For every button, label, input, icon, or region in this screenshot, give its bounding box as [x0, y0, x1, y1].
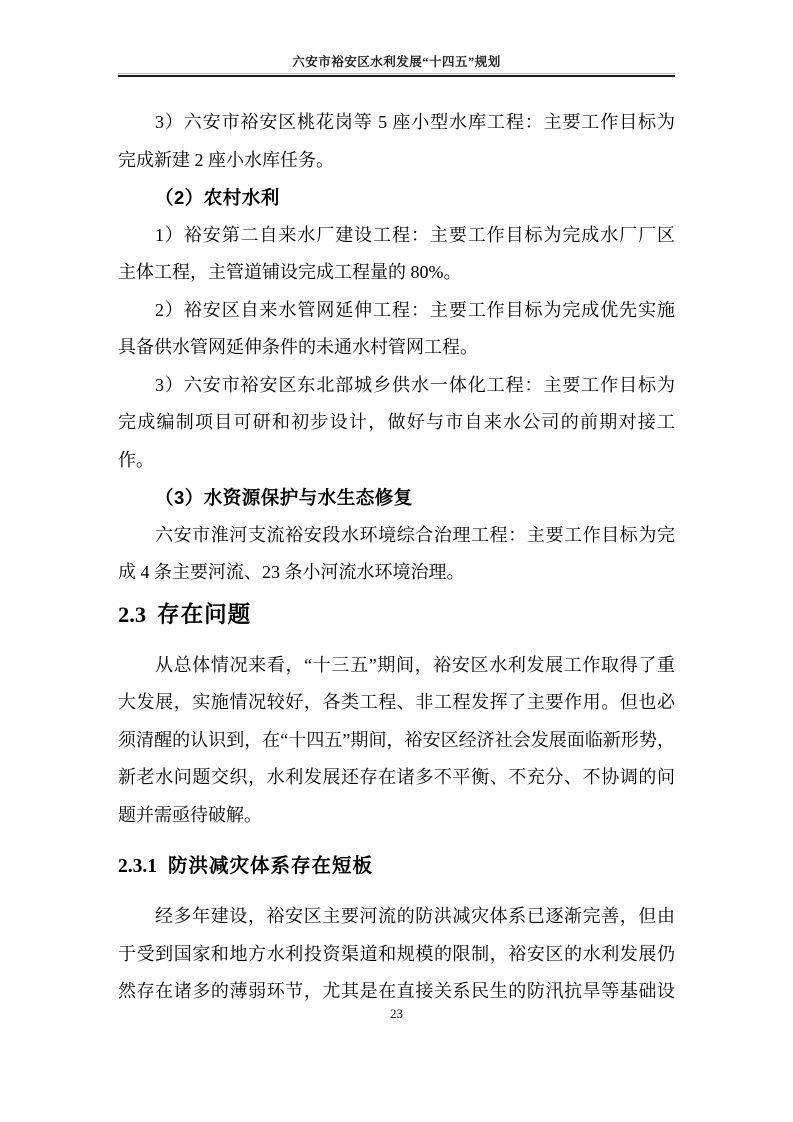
paragraph-small-reservoir-project: 3）六安市裕安区桃花岗等 5 座小型水库工程：主要工作目标为完成新建 2 座小水…	[118, 104, 675, 179]
text-line: 从总体情况来看，“十三五”期间，裕安区水利发展工作取得了重	[118, 647, 675, 685]
paragraph-pipe-network-extension: 2）裕安区自来水管网延伸工程：主要工作目标为完成优先实施具备供水管网延伸条件的未…	[118, 292, 675, 367]
text-line: 2）裕安区自来水管网延伸工程：主要工作目标为完成优先实施	[118, 292, 675, 330]
text-line: 主体工程，主管道铺设完成工程量的 80%。	[118, 254, 675, 292]
paragraph-urban-rural-water-integration: 3）六安市裕安区东北部城乡供水一体化工程：主要工作目标为完成编制项目可研和初步设…	[118, 367, 675, 480]
subheading-rural-water: （2）农村水利	[118, 179, 675, 217]
page-footer: 23	[0, 1004, 793, 1024]
text-line: 大发展，实施情况较好，各类工程、非工程发挥了主要作用。但也必	[118, 684, 675, 722]
page-header: 六安市裕安区水利发展“十四五”规划	[118, 0, 675, 77]
text-line: 3）六安市裕安区东北部城乡供水一体化工程：主要工作目标为	[118, 367, 675, 405]
heading-number: 2.3.1	[118, 856, 157, 877]
paragraph-overall-situation: 从总体情况来看，“十三五”期间，裕安区水利发展工作取得了重大发展，实施情况较好，…	[118, 647, 675, 835]
text-line: 新老水问题交织，水利发展还存在诸多不平衡、不充分、不协调的问	[118, 759, 675, 797]
subsection-heading-flood-control-shortcomings: 2.3.1防洪减灾体系存在短板	[118, 846, 675, 886]
heading-text: 防洪减灾体系存在短板	[168, 855, 373, 877]
header-rule	[118, 73, 675, 77]
text-line: 1）裕安第二自来水厂建设工程：主要工作目标为完成水厂厂区	[118, 217, 675, 255]
text-line: 3）六安市裕安区桃花岗等 5 座小型水库工程：主要工作目标为	[118, 104, 675, 142]
paragraph-second-waterworks: 1）裕安第二自来水厂建设工程：主要工作目标为完成水厂厂区主体工程，主管道铺设完成…	[118, 217, 675, 292]
heading-number: 2.3	[118, 602, 146, 627]
header-title: 六安市裕安区水利发展“十四五”规划	[118, 0, 675, 70]
document-body: 3）六安市裕安区桃花岗等 5 座小型水库工程：主要工作目标为完成新建 2 座小水…	[118, 104, 675, 1011]
paragraph-flood-control-status: 经多年建设，裕安区主要河流的防洪减灾体系已逐渐完善，但由于受到国家和地方水利投资…	[118, 898, 675, 1011]
text-line: 须清醒的认识到，在“十四五”期间，裕安区经济社会发展面临新形势，	[118, 722, 675, 760]
text-line: 六安市淮河支流裕安段水环境综合治理工程：主要工作目标为完	[118, 517, 675, 555]
heading-text: 存在问题	[157, 602, 251, 627]
text-line: 经多年建设，裕安区主要河流的防洪减灾体系已逐渐完善，但由	[118, 898, 675, 936]
text-line: 题并需亟待破解。	[118, 797, 675, 835]
text-line: 完成新建 2 座小水库任务。	[118, 142, 675, 180]
text-line: 成 4 条主要河流、23 条小河流水环境治理。	[118, 554, 675, 592]
subheading-water-resource-protection: （3）水资源保护与水生态修复	[118, 479, 675, 517]
text-line: 具备供水管网延伸条件的未通水村管网工程。	[118, 329, 675, 367]
section-heading-existing-problems: 2.3存在问题	[118, 592, 675, 637]
document-page: 六安市裕安区水利发展“十四五”规划 3）六安市裕安区桃花岗等 5 座小型水库工程…	[0, 0, 793, 1122]
page-number: 23	[390, 1006, 403, 1021]
paragraph-huaihe-tributary-treatment: 六安市淮河支流裕安段水环境综合治理工程：主要工作目标为完成 4 条主要河流、23…	[118, 517, 675, 592]
text-line: 完成编制项目可研和初步设计，做好与市自来水公司的前期对接工	[118, 404, 675, 442]
text-line: 作。	[118, 442, 675, 480]
text-line: 于受到国家和地方水利投资渠道和规模的限制，裕安区的水利发展仍	[118, 936, 675, 974]
